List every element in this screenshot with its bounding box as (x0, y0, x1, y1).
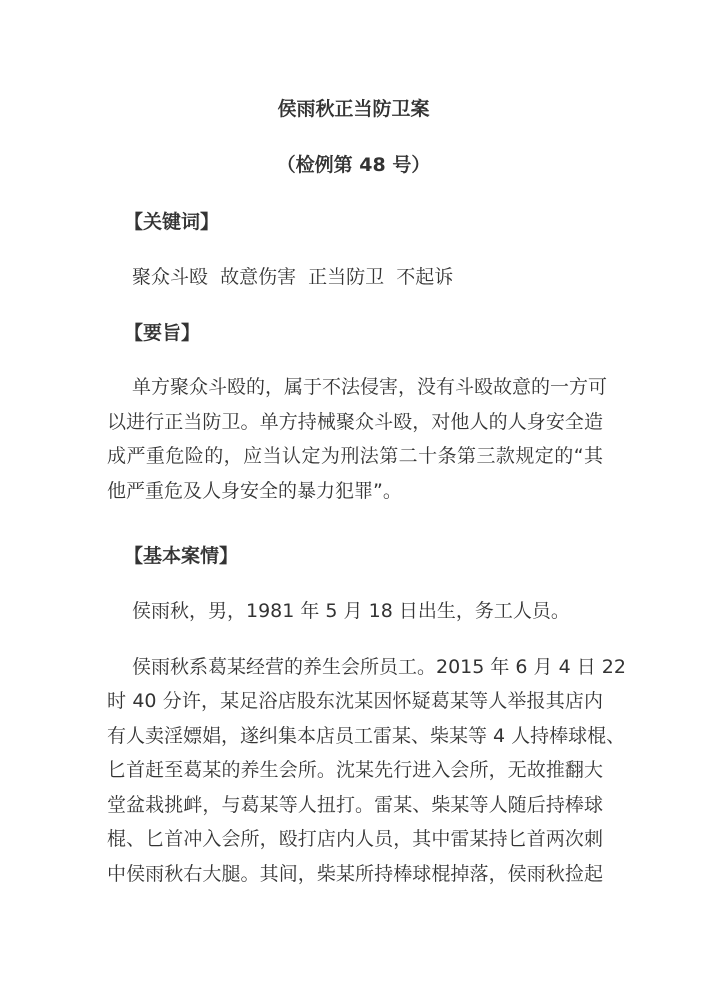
keywords-heading: 【关键词】 (124, 207, 219, 234)
facts-line: 时 40 分许，某足浴店股东沈某因怀疑葛某等人举报其店内 (107, 686, 603, 713)
gist-line: 单方聚众斗殴的，属于不法侵害，没有斗殴故意的一方可 (132, 372, 603, 399)
gist-heading: 【要旨】 (124, 318, 200, 345)
document-page: 侯雨秋正当防卫案 （检例第 48 号） 【关键词】 聚众斗殴 故意伤害 正当防卫… (0, 0, 707, 999)
facts-line: 堂盆栽挑衅，与葛某等人扭打。雷某、柴某等人随后持棒球 (107, 790, 603, 817)
gist-line: 成严重危险的，应当认定为刑法第二十条第三款规定的“其 (107, 441, 603, 468)
facts-line: 棍、匕首冲入会所，殴打店内人员，其中雷某持匕首两次刺 (107, 824, 603, 851)
document-title: 侯雨秋正当防卫案 (0, 94, 707, 121)
facts-line: 匕首赶至葛某的养生会所。沈某先行进入会所，无故推翻大 (107, 755, 603, 782)
facts-para1: 侯雨秋，男，1981 年 5 月 18 日出生，务工人员。 (132, 596, 603, 623)
facts-line: 中侯雨秋右大腿。其间，柴某所持棒球棍掉落，侯雨秋捡起 (107, 859, 603, 886)
document-subtitle: （检例第 48 号） (0, 150, 707, 177)
gist-line: 以进行正当防卫。单方持械聚众斗殴，对他人的人身安全造 (107, 407, 603, 434)
keywords-text: 聚众斗殴 故意伤害 正当防卫 不起诉 (132, 262, 603, 289)
facts-line: 侯雨秋系葛某经营的养生会所员工。2015 年 6 月 4 日 22 (132, 652, 603, 679)
gist-line: 他严重危及人身安全的暴力犯罪”。 (107, 476, 603, 503)
facts-line: 有人卖淫嫖娼，遂纠集本店员工雷某、柴某等 4 人持棒球棍、 (107, 721, 603, 748)
facts-heading: 【基本案情】 (124, 541, 238, 568)
